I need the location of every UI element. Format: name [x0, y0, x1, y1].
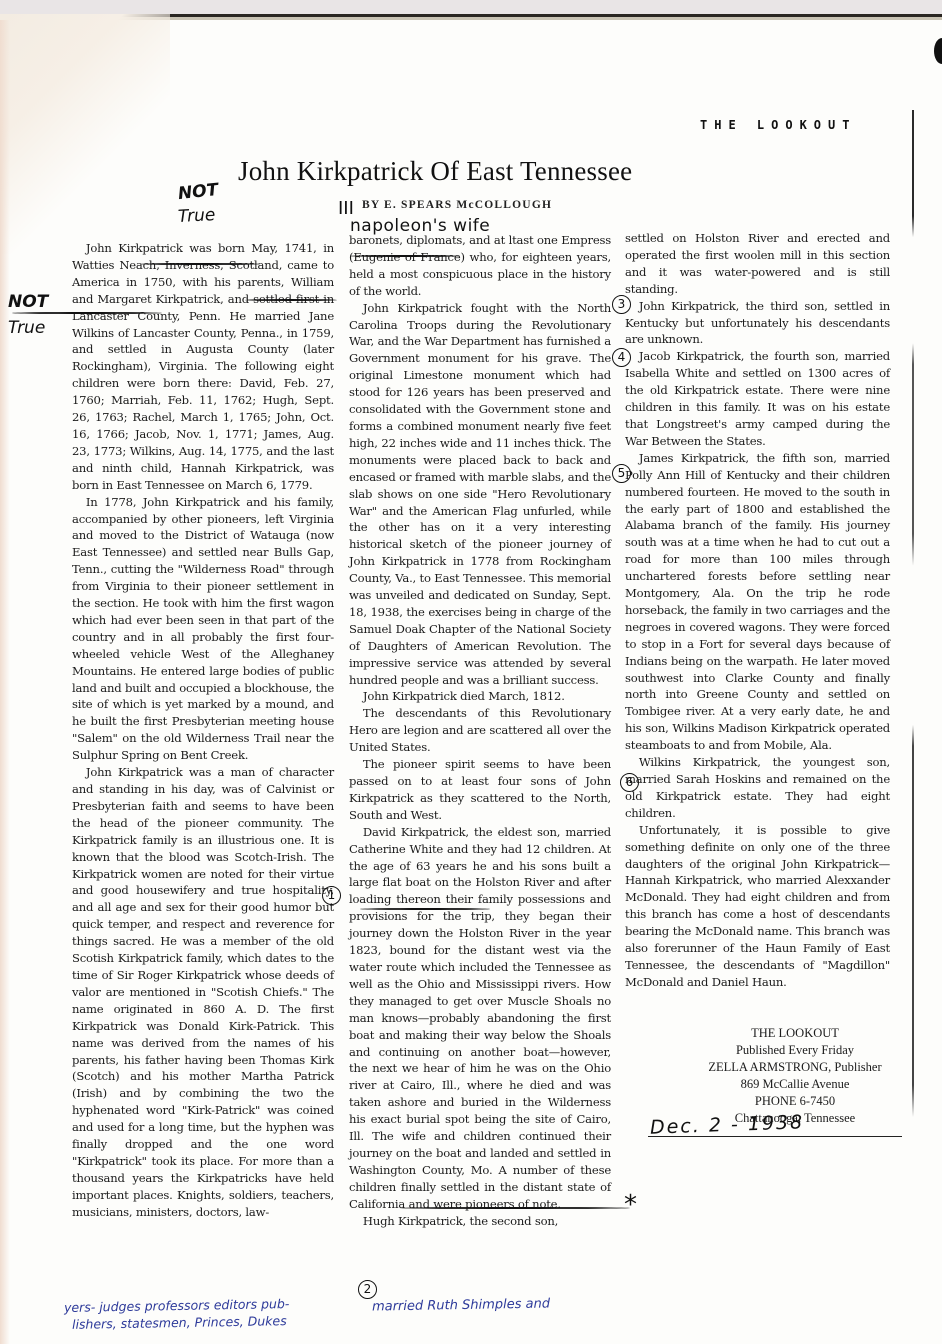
paragraph: The descendants of this Revolutionary He…	[349, 705, 611, 756]
imprint-phone: PHONE 6-7450	[695, 1093, 895, 1110]
paragraph: In 1778, John Kirkpatrick and his family…	[72, 494, 334, 765]
paragraph: settled on Holston River and erected and…	[625, 230, 890, 298]
byline: BY E. SPEARS McCOLLOUGH	[362, 199, 552, 211]
handwritten-blue-note: married Ruth Shimples and	[372, 1296, 550, 1314]
ink-underline	[350, 255, 460, 257]
paragraph: The pioneer spirit seems to have been pa…	[349, 756, 611, 824]
paragraph: John Kirkpatrick, the third son, settled…	[625, 298, 890, 349]
page-edge	[0, 20, 10, 1344]
paragraph: John Kirkpatrick fought with the North C…	[349, 300, 611, 689]
paragraph: John Kirkpatrick died March, 1812.	[349, 688, 611, 705]
handwritten-not: NOT	[8, 292, 48, 312]
article-column-3: settled on Holston River and erected and…	[625, 230, 890, 991]
ink-underline	[12, 312, 162, 314]
paragraph: David Kirkpatrick, the eldest son, marri…	[349, 824, 611, 1213]
article-column-2: baronets, diplomats, and at ltast one Em…	[349, 232, 611, 1229]
paragraph: Unfortunately, it is possible to give so…	[625, 822, 890, 991]
paragraph: Jacob Kirkpatrick, the fourth son, marri…	[625, 348, 890, 449]
ink-underline	[245, 299, 337, 301]
handwritten-napoleon-note: napoleon's wife	[350, 216, 490, 236]
asterisk-icon: *	[624, 1190, 637, 1220]
paragraph: Hugh Kirkpatrick, the second son,	[349, 1213, 611, 1230]
ink-underline	[400, 1207, 630, 1209]
circled-number-icon: 3	[612, 295, 631, 314]
handwritten-true: True	[178, 205, 216, 227]
paragraph: Wilkins Kirkpatrick, the youngest son, m…	[625, 754, 890, 822]
handwritten-true: True	[8, 318, 45, 338]
circled-number-icon: 4	[612, 348, 631, 367]
article-column-1: John Kirkpatrick was born May, 1741, in …	[72, 240, 334, 1221]
ink-underline	[140, 263, 260, 265]
imprint-publisher: ZELLA ARMSTRONG, Publisher	[695, 1059, 895, 1076]
paragraph: John Kirkpatrick was born May, 1741, in …	[72, 240, 334, 494]
circled-number-icon: 5	[612, 464, 631, 483]
folded-corner	[0, 14, 170, 254]
handwritten-not: NOT	[177, 180, 219, 204]
imprint-name: THE LOOKOUT	[695, 1025, 895, 1042]
imprint-frequency: Published Every Friday	[695, 1042, 895, 1059]
column-rule	[912, 110, 914, 1170]
imprint-address: 869 McCallie Avenue	[695, 1076, 895, 1093]
circled-number-icon: 2	[358, 1280, 377, 1299]
article-title: John Kirkpatrick Of East Tennessee	[238, 156, 632, 187]
circled-number-icon: 1	[322, 886, 341, 905]
circled-number-icon: 6	[620, 773, 639, 792]
paragraph: James Kirkpatrick, the fifth son, marrie…	[625, 450, 890, 754]
paragraph: John Kirkpatrick was a man of character …	[72, 764, 334, 1220]
masthead: THE LOOKOUT	[700, 118, 856, 132]
paragraph: baronets, diplomats, and at ltast one Em…	[349, 232, 611, 300]
ink-underline	[360, 908, 490, 910]
